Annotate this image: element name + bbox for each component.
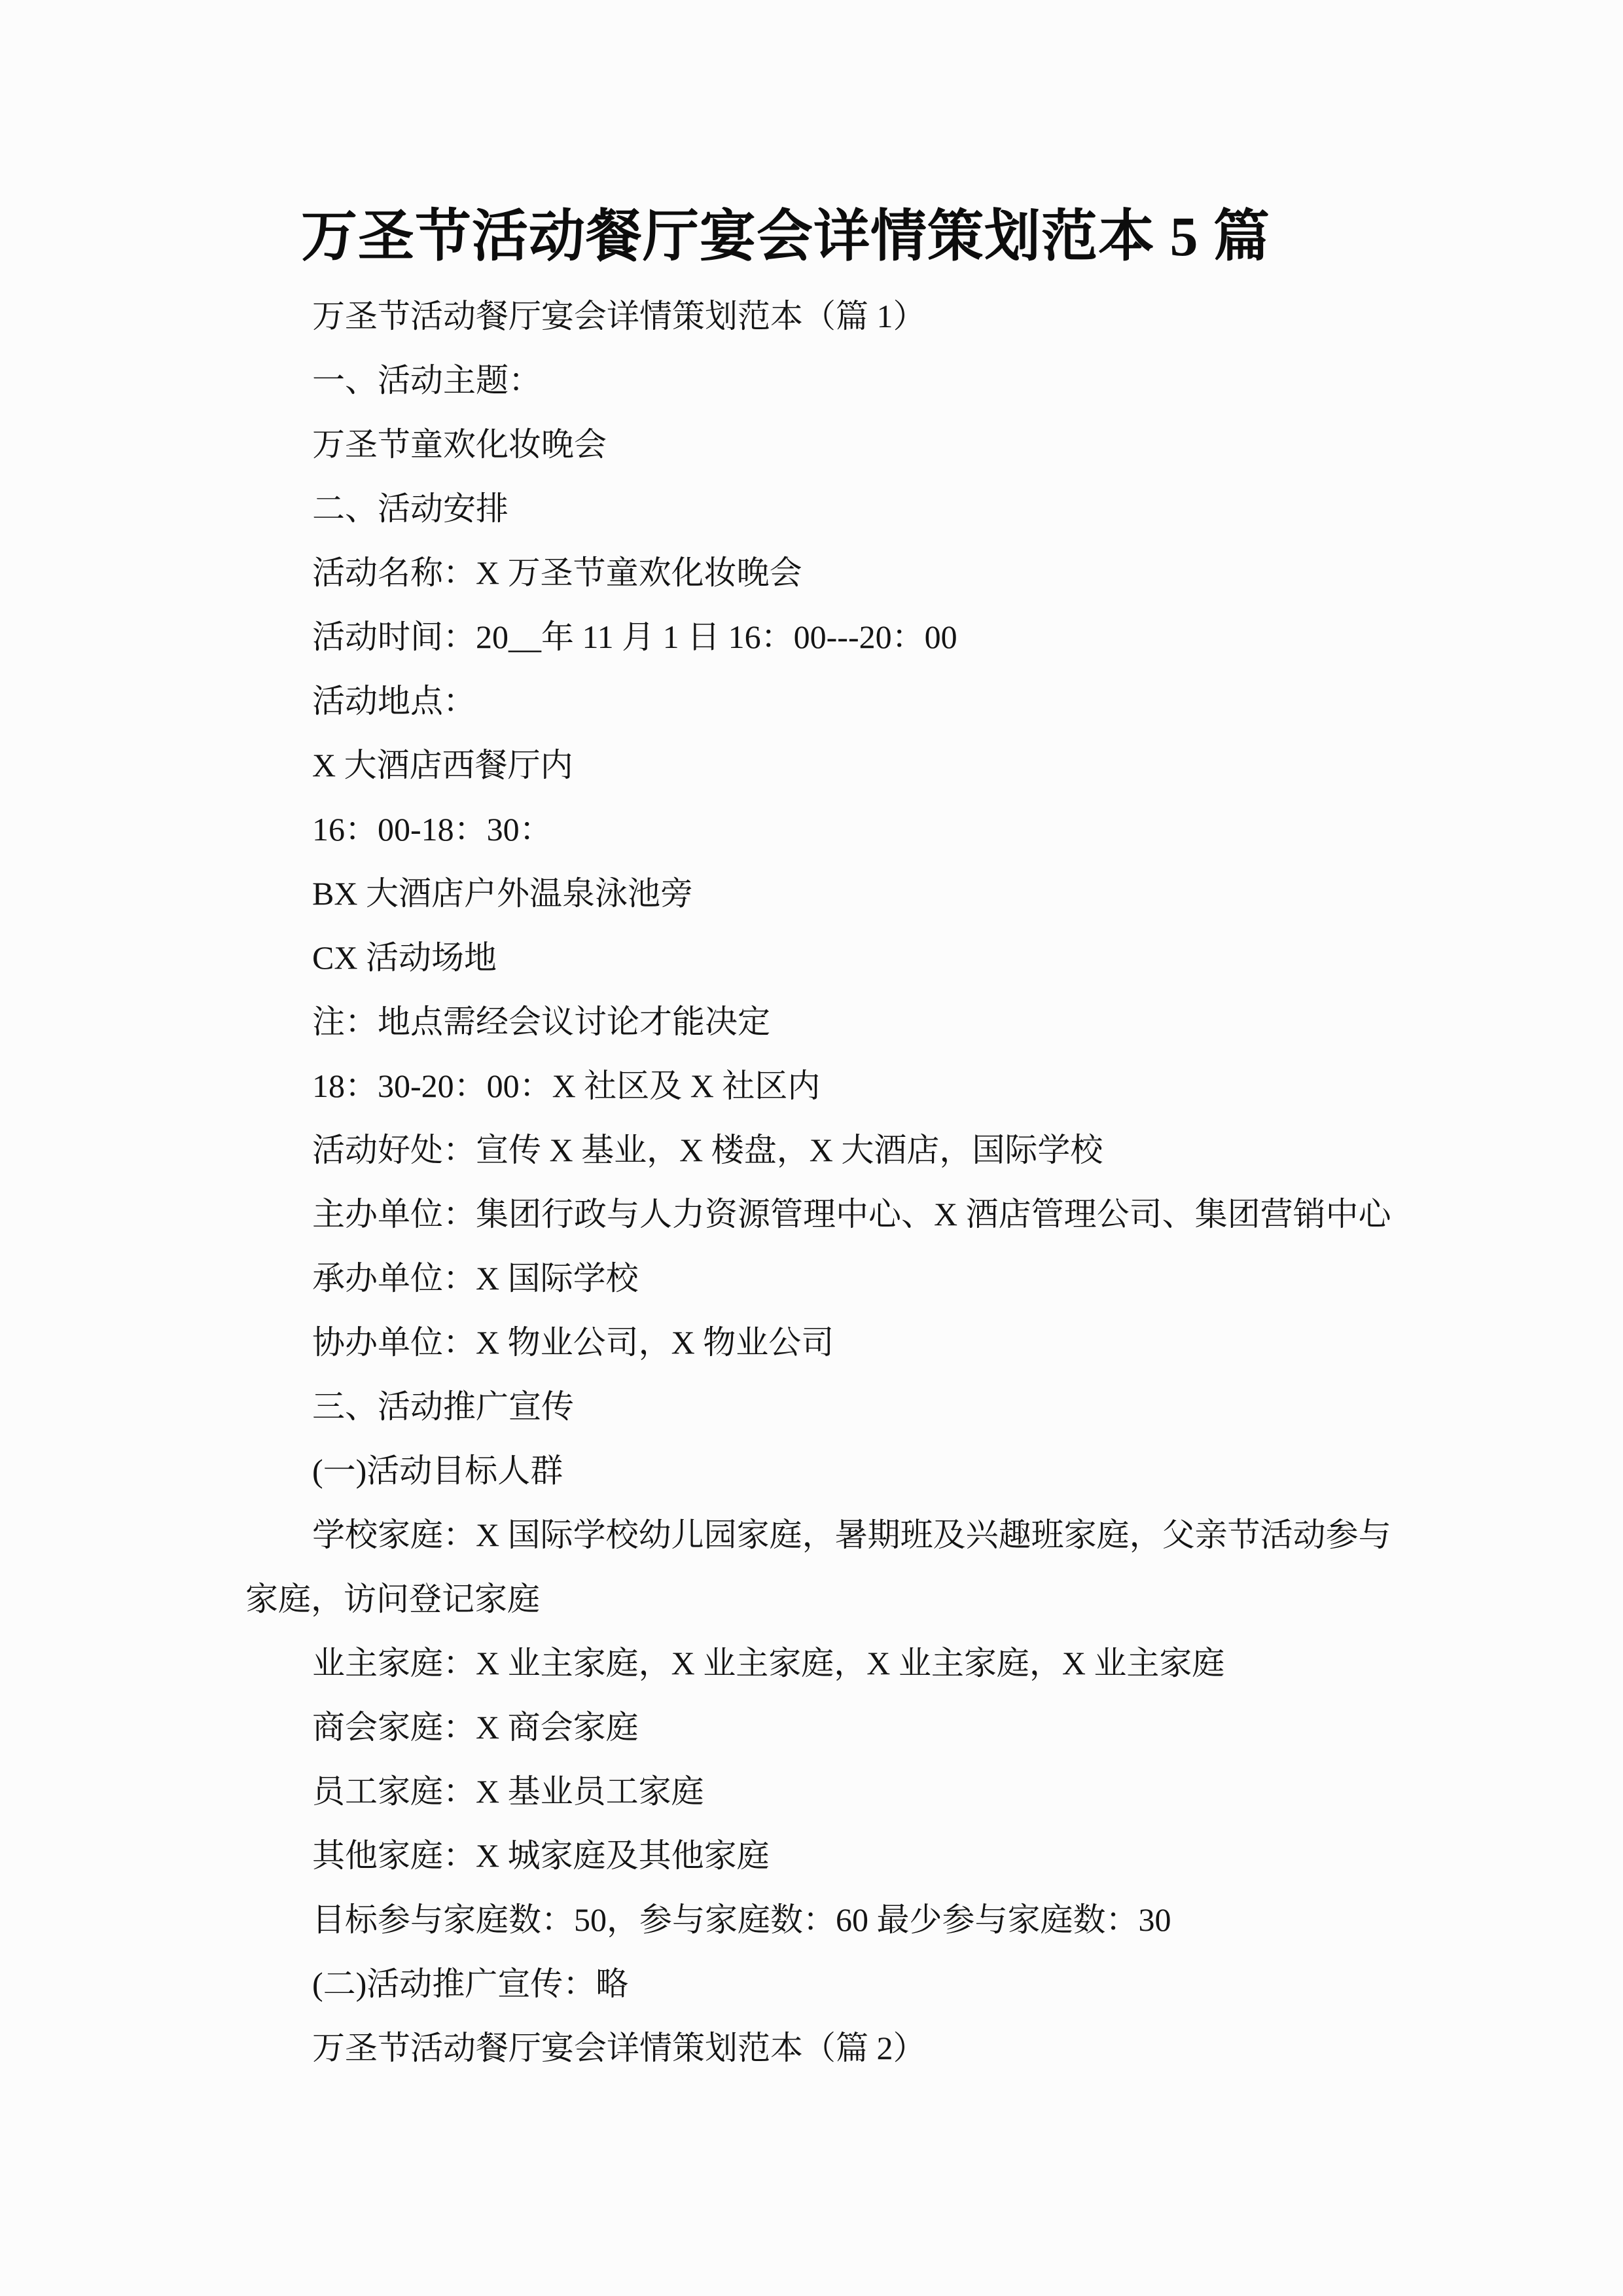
- paragraph-line: 承办单位：X 国际学校: [245, 1246, 1397, 1310]
- document-body: 万圣节活动餐厅宴会详情策划范本（篇 1） 一、活动主题： 万圣节童欢化妆晚会 二…: [245, 284, 1397, 2080]
- heading-activity-theme: 一、活动主题：: [245, 348, 1397, 412]
- heading-activity-promotion: 三、活动推广宣传: [245, 1374, 1397, 1439]
- section-heading-part1: 万圣节活动餐厅宴会详情策划范本（篇 1）: [245, 284, 1397, 348]
- paragraph-line: 活动时间：20__年 11 月 1 日 16：00---20：00: [245, 605, 1397, 669]
- document-title: 万圣节活动餐厅宴会详情策划范本 5 篇: [301, 202, 1270, 272]
- section-heading-part2: 万圣节活动餐厅宴会详情策划范本（篇 2）: [245, 2016, 1397, 2080]
- heading-activity-arrangement: 二、活动安排: [245, 476, 1397, 541]
- paragraph-line: BX 大酒店户外温泉泳池旁: [245, 861, 1397, 925]
- paragraph-line: X 大酒店西餐厅内: [245, 733, 1397, 797]
- paragraph-line: 商会家庭：X 商会家庭: [245, 1695, 1397, 1759]
- paragraph-line: 活动地点：: [245, 669, 1397, 733]
- paragraph-line: 18：30-20：00：X 社区及 X 社区内: [245, 1054, 1397, 1118]
- document-page: 万圣节活动餐厅宴会详情策划范本 5 篇 万圣节活动餐厅宴会详情策划范本（篇 1）…: [0, 0, 1623, 2296]
- paragraph-line: 目标参与家庭数：50，参与家庭数：60 最少参与家庭数：30: [245, 1888, 1397, 1952]
- paragraph-continuation-line: 家庭，访问登记家庭: [245, 1567, 1397, 1631]
- paragraph-line: 16：00-18：30：: [245, 797, 1397, 861]
- paragraph-line: 活动名称：X 万圣节童欢化妆晚会: [245, 541, 1397, 605]
- paragraph-line: CX 活动场地: [245, 925, 1397, 990]
- paragraph-line: 协办单位：X 物业公司，X 物业公司: [245, 1310, 1397, 1374]
- paragraph-line: 业主家庭：X 业主家庭，X 业主家庭，X 业主家庭，X 业主家庭: [245, 1631, 1397, 1695]
- paragraph-line: 其他家庭：X 城家庭及其他家庭: [245, 1823, 1397, 1888]
- paragraph-line: 员工家庭：X 基业员工家庭: [245, 1759, 1397, 1823]
- paragraph-line: 主办单位：集团行政与人力资源管理中心、X 酒店管理公司、集团营销中心: [245, 1182, 1397, 1246]
- subheading-promotion-brief: (二)活动推广宣传：略: [245, 1952, 1397, 2016]
- paragraph-line: 注：地点需经会议讨论才能决定: [245, 990, 1397, 1054]
- paragraph-line: 活动好处：宣传 X 基业，X 楼盘，X 大酒店，国际学校: [245, 1118, 1397, 1182]
- paragraph-line: 学校家庭：X 国际学校幼儿园家庭，暑期班及兴趣班家庭，父亲节活动参与: [245, 1503, 1397, 1567]
- paragraph-line: 万圣节童欢化妆晚会: [245, 412, 1397, 476]
- subheading-target-groups: (一)活动目标人群: [245, 1439, 1397, 1503]
